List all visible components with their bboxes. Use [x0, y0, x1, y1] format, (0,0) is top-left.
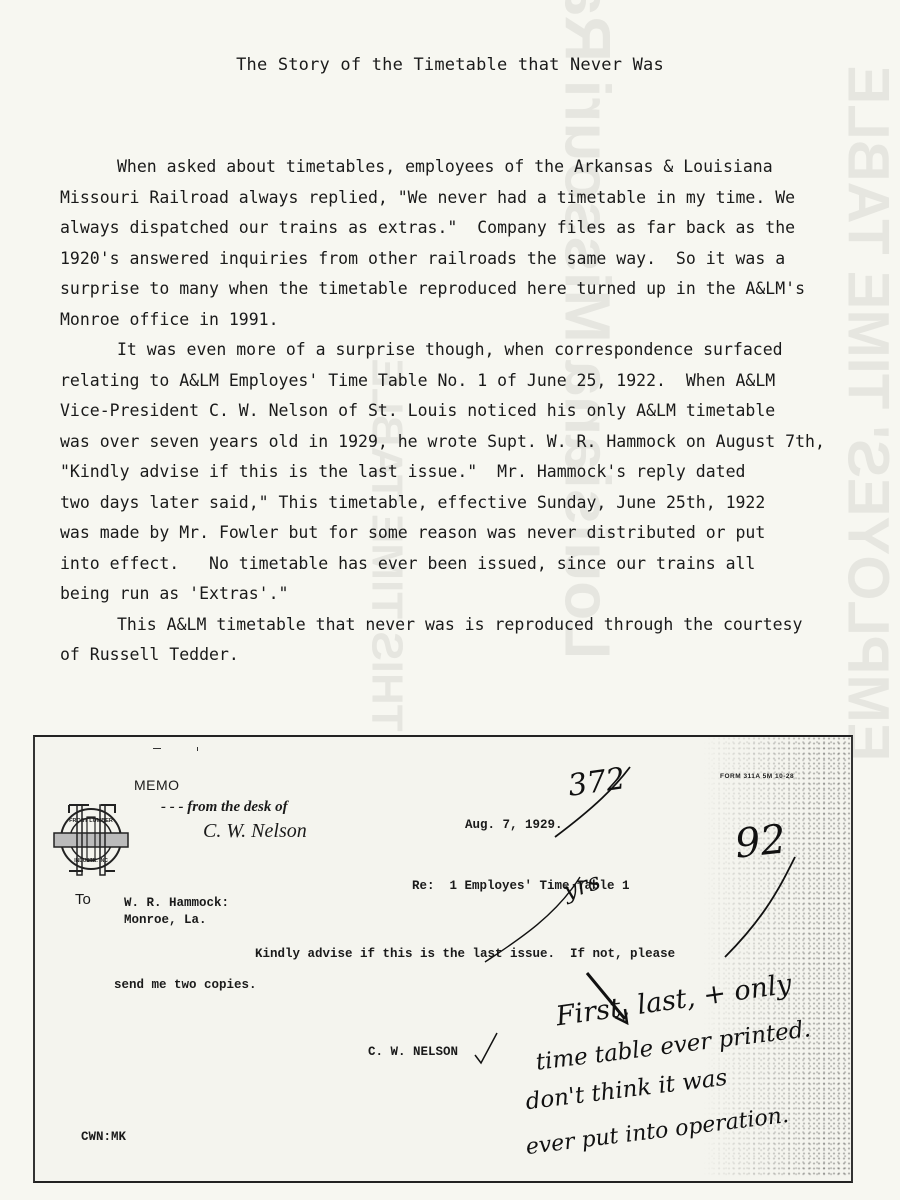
article-line: 1920's answered inquiries from other rai… — [60, 244, 890, 275]
article-line: This A&LM timetable that never was is re… — [60, 610, 890, 641]
article-line: It was even more of a surprise though, w… — [60, 335, 890, 366]
article-line: being run as 'Extras'." — [60, 579, 890, 610]
article-line: Missouri Railroad always replied, "We ne… — [60, 183, 890, 214]
page-title: The Story of the Timetable that Never Wa… — [0, 55, 900, 75]
memo-scan: FROST LUMBER INDUSTR. INC MEMO - - - fro… — [33, 735, 853, 1183]
article-line: surprise to many when the timetable repr… — [60, 274, 890, 305]
article-line: was over seven years old in 1929, he wro… — [60, 427, 890, 458]
handwritten-number-92: 92 — [733, 816, 788, 867]
article-body: When asked about timetables, employees o… — [60, 152, 890, 671]
article-line: When asked about timetables, employees o… — [60, 152, 890, 183]
article-line: "Kindly advise if this is the last issue… — [60, 457, 890, 488]
article-line: of Russell Tedder. — [60, 640, 890, 671]
article-line: Vice-President C. W. Nelson of St. Louis… — [60, 396, 890, 427]
article-line: was made by Mr. Fowler but for some reas… — [60, 518, 890, 549]
article-line: relating to A&LM Employes' Time Table No… — [60, 366, 890, 397]
article-line: two days later said," This timetable, ef… — [60, 488, 890, 519]
article-line: into effect. No timetable has ever been … — [60, 549, 890, 580]
article-line: Monroe office in 1991. — [60, 305, 890, 336]
article-line: always dispatched our trains as extras."… — [60, 213, 890, 244]
